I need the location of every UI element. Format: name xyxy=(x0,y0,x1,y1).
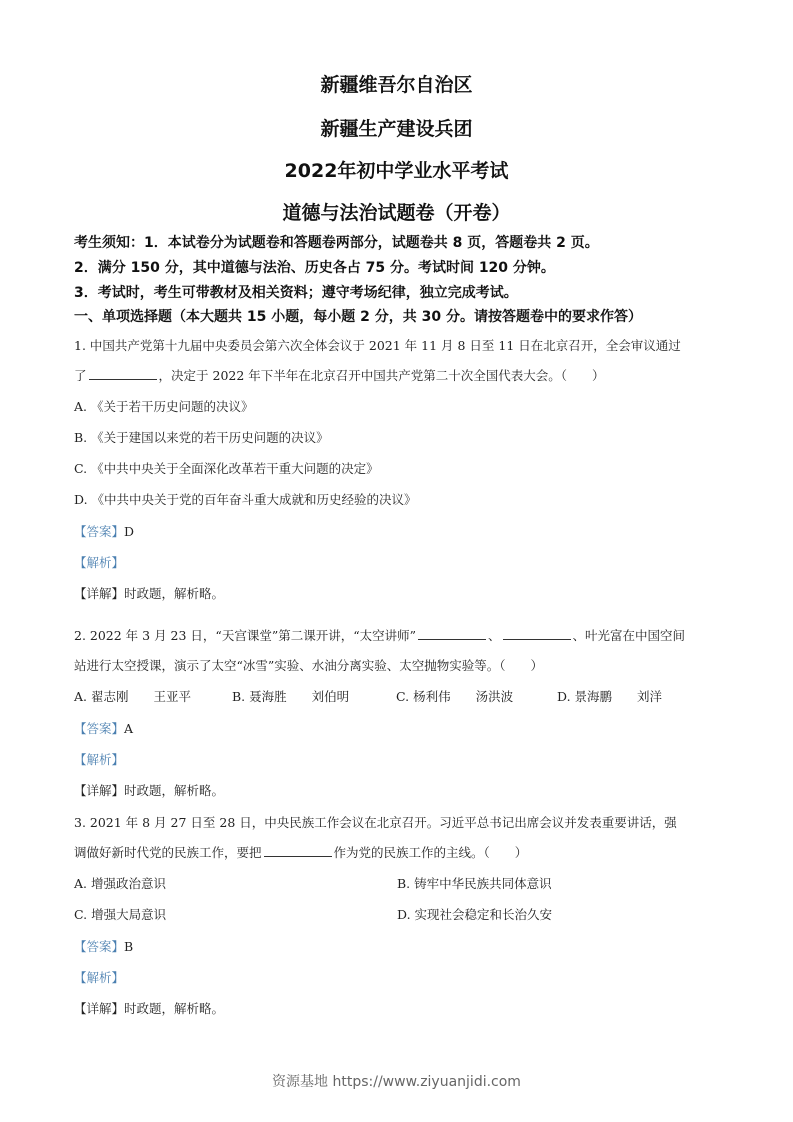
q1-option-c: C. 《中共中央关于全面深化改革若干重大问题的决定》 xyxy=(74,459,379,477)
q3-option-c: C. 增强大局意识 xyxy=(74,905,166,923)
q3-stem-line-2: 调做好新时代党的民族工作，要把作为党的民族工作的主线。（ ） xyxy=(74,843,527,861)
q1-stem-pre: 了 xyxy=(74,368,87,383)
answer-tag: 【答案】 xyxy=(74,524,124,539)
q1-stem-line-1: 1. 中国共产党第十九届中央委员会第六次全体会议于 2021 年 11 月 8 … xyxy=(74,336,681,354)
q3-analysis-tag: 【解析】 xyxy=(74,968,124,986)
q1-stem-post: ，决定于 2022 年下半年在北京召开中国共产党第二十次全国代表大会。（ ） xyxy=(159,368,605,383)
q2-stem-line-2: 站进行太空授课，演示了太空“冰雪”实验、水油分离实验、太空抛物实验等。（ ） xyxy=(74,656,543,674)
q1-detail: 【详解】时政题，解析略。 xyxy=(74,584,224,602)
q2-stem-pre: 2. 2022 年 3 月 23 日，“天宫课堂”第二课开讲，“太空讲师” xyxy=(74,628,416,643)
q1-answer: 【答案】D xyxy=(74,522,134,540)
q2-analysis-tag: 【解析】 xyxy=(74,750,124,768)
q2-option-c: C. 杨利伟 汤洪波 xyxy=(396,687,513,705)
q1-option-a: A. 《关于若干历史问题的决议》 xyxy=(74,397,253,415)
answer-tag: 【答案】 xyxy=(74,721,124,736)
q2-option-b: B. 聂海胜 刘伯明 xyxy=(232,687,349,705)
q2-stem-line-1: 2. 2022 年 3 月 23 日，“天宫课堂”第二课开讲，“太空讲师”、、叶… xyxy=(74,626,685,644)
answer-tag: 【答案】 xyxy=(74,939,124,954)
q2-stem-mid: 、 xyxy=(488,628,501,643)
q2-stem-post: 、叶光富在中国空间 xyxy=(573,628,686,643)
q3-stem-line-1: 3. 2021 年 8 月 27 日至 28 日，中央民族工作会议在北京召开。习… xyxy=(74,813,677,831)
q3-stem-post: 作为党的民族工作的主线。（ ） xyxy=(334,845,528,860)
title-region: 新疆维吾尔自治区 xyxy=(0,70,793,97)
q3-stem-pre: 调做好新时代党的民族工作，要把 xyxy=(74,845,262,860)
q3-answer-value: B xyxy=(124,939,133,954)
q2-option-a: A. 翟志刚 王亚平 xyxy=(74,687,191,705)
q3-answer: 【答案】B xyxy=(74,937,133,955)
q2-blank-2 xyxy=(503,627,571,640)
q3-detail: 【详解】时政题，解析略。 xyxy=(74,999,224,1017)
title-corps: 新疆生产建设兵团 xyxy=(0,114,793,141)
q1-option-d: D. 《中共中央关于党的百年奋斗重大成就和历史经验的决议》 xyxy=(74,490,417,508)
q2-detail: 【详解】时政题，解析略。 xyxy=(74,781,224,799)
title-subject: 道德与法治试题卷（开卷） xyxy=(0,198,793,225)
title-exam: 2022年初中学业水平考试 xyxy=(0,156,793,183)
q2-answer: 【答案】A xyxy=(74,719,133,737)
q2-blank-1 xyxy=(418,627,486,640)
notice-line-1: 考生须知：1．本试卷分为试题卷和答题卷两部分，试题卷共 8 页，答题卷共 2 页… xyxy=(74,232,599,252)
notice-line-2: 2．满分 150 分，其中道德与法治、历史各占 75 分。考试时间 120 分钟… xyxy=(74,257,555,277)
q1-blank xyxy=(89,367,157,380)
section-heading: 一、单项选择题（本大题共 15 小题，每小题 2 分，共 30 分。请按答题卷中… xyxy=(74,306,642,326)
q3-option-a: A. 增强政治意识 xyxy=(74,874,166,892)
q3-option-d: D. 实现社会稳定和长治久安 xyxy=(397,905,552,923)
q1-option-b: B. 《关于建国以来党的若干历史问题的决议》 xyxy=(74,428,329,446)
notice-line-3: 3．考试时，考生可带教材及相关资料；遵守考场纪律，独立完成考试。 xyxy=(74,282,518,302)
q3-option-b: B. 铸牢中华民族共同体意识 xyxy=(397,874,552,892)
q2-option-d: D. 景海鹏 刘洋 xyxy=(557,687,662,705)
q1-stem-line-2: 了，决定于 2022 年下半年在北京召开中国共产党第二十次全国代表大会。（ ） xyxy=(74,366,605,384)
q3-blank xyxy=(264,844,332,857)
footer-watermark: 资源基地 https://www.ziyuanjidi.com xyxy=(0,1071,793,1091)
q2-answer-value: A xyxy=(124,721,133,736)
q1-answer-value: D xyxy=(124,524,134,539)
q1-analysis-tag: 【解析】 xyxy=(74,553,124,571)
